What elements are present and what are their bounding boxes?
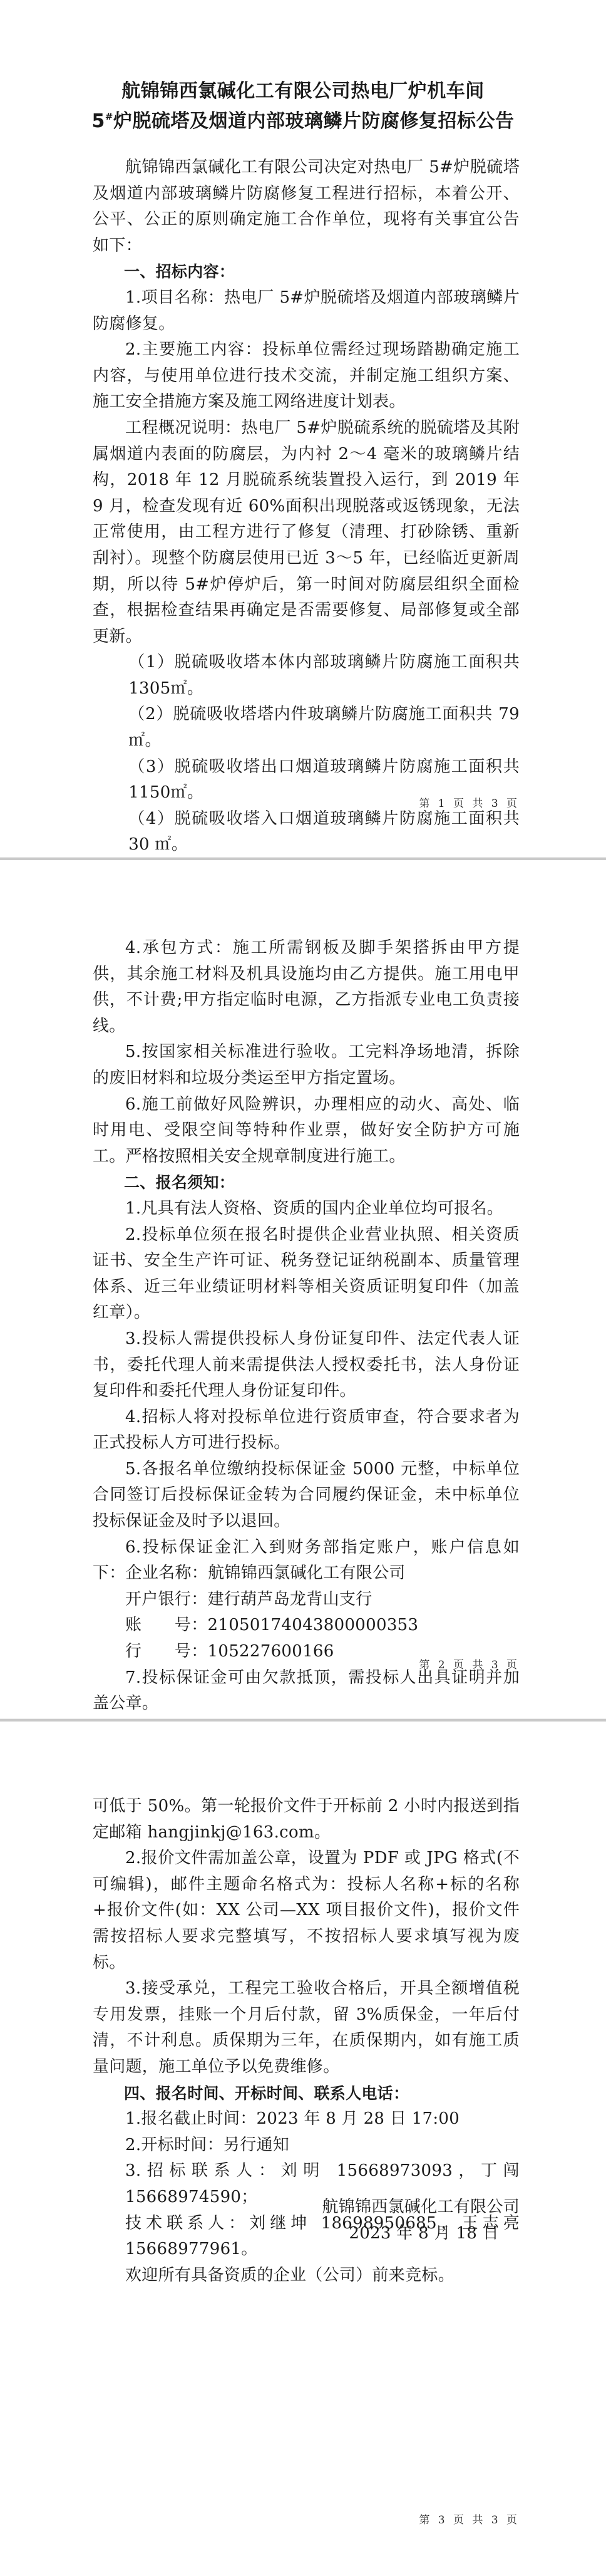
section-heading-bid-content: 一、招标内容： <box>93 259 520 285</box>
bid-method-item-2: 2.报价文件需加盖公章，设置为 PDF 或 JPG 格式(不可编辑)，邮件主题命… <box>93 1846 520 1976</box>
contract-method-item: 4.承包方式：施工所需钢板及脚手架搭拆由甲方提供，其余施工材料及机具设施均由乙方… <box>93 935 520 1039</box>
page-footer-1: 第 1 页 共 3 页 <box>419 794 520 810</box>
bank-label: 开户银行： <box>125 1590 208 1609</box>
safety-item: 6.施工前做好风险辨识，办理相应的动火、高处、临时用电、受限空间等特种作业票，做… <box>93 1092 520 1170</box>
page-footer-2: 第 2 页 共 3 页 <box>419 1656 520 1671</box>
page-2-body: 4.承包方式：施工所需钢板及脚手架搭拆由甲方提供，其余施工材料及机具设施均由乙方… <box>93 935 520 1718</box>
signature-company: 航锦锦西氯碱化工有限公司 <box>93 2194 520 2221</box>
section-heading-schedule-contacts: 四、报名时间、开标时间、联系人电话： <box>93 2080 520 2107</box>
registration-item-4: 4.招标人将对投标单位进行资质审查，符合要求者为正式投标人方可进行投标。 <box>93 1405 520 1457</box>
document-title-line-1: 航锦锦西氯碱化工有限公司热电厂炉机车间 <box>0 75 606 103</box>
bid-method-item-1-continued: 可低于 50%。第一轮报价文件于开标前 2 小时内报送到指定邮箱 hangjin… <box>93 1794 520 1846</box>
account-label: 账 号： <box>125 1616 208 1634</box>
area-item-4: （4）脱硫吸收塔入口烟道玻璃鳞片防腐施工面积共 30 ㎡。 <box>93 806 520 857</box>
document-page-1: 航锦锦西氯碱化工有限公司热电厂炉机车间 5#炉脱硫塔及烟道内部玻璃鳞片防腐修复招… <box>0 0 606 857</box>
bid-opening-time: 2.开标时间：另行通知 <box>93 2132 520 2159</box>
title-boiler-mark: # <box>105 111 113 122</box>
account-number-line: 账 号：21050174043800000353 <box>93 1613 520 1639</box>
title-boiler-number: 5 <box>92 110 105 132</box>
registration-item-3: 3.投标人需提供投标人身份证复印件、法定代表人证书，委托代理人前来需提供法人授权… <box>93 1326 520 1405</box>
registration-item-2: 2.投标单位须在报名时提供企业营业执照、相关资质证书、安全生产许可证、税务登记证… <box>93 1222 520 1326</box>
bank-code-label: 行 号： <box>125 1642 208 1661</box>
welcome-line: 欢迎所有具备资质的企业（公司）前来竞标。 <box>93 2263 520 2289</box>
area-item-2: （2）脱硫吸收塔塔内件玻璃鳞片防腐施工面积共 79 ㎡。 <box>93 702 520 754</box>
title-rest: 炉脱硫塔及烟道内部玻璃鳞片防腐修复招标公告 <box>113 110 515 132</box>
registration-item-6: 6.投标保证金汇入到财务部指定账户，账户信息如下：企业名称：航锦锦西氯碱化工有限… <box>93 1535 520 1587</box>
document-page-3: 可低于 50%。第一轮报价文件于开标前 2 小时内报送到指定邮箱 hangjin… <box>0 1722 606 2576</box>
bank-code-value: 105227600166 <box>208 1642 334 1661</box>
document-title-line-2: 5#炉脱硫塔及烟道内部玻璃鳞片防腐修复招标公告 <box>0 105 606 133</box>
signature-block: 航锦锦西氯碱化工有限公司 2023 年 8 月 18 日 <box>93 2194 520 2246</box>
registration-item-1: 1.凡具有法人资格、资质的国内企业单位均可报名。 <box>93 1196 520 1222</box>
registration-deadline: 1.报名截止时间：2023 年 8 月 28 日 17:00 <box>93 2106 520 2132</box>
acceptance-item: 5.按国家相关标准进行验收。工完料净场地清，拆除的废旧材料和垃圾分类运至甲方指定… <box>93 1039 520 1091</box>
area-item-1: （1）脱硫吸收塔本体内部玻璃鳞片防腐施工面积共 1305㎡。 <box>93 650 520 702</box>
project-name-item: 1.项目名称：热电厂 5#炉脱硫塔及烟道内部玻璃鳞片防腐修复。 <box>93 285 520 337</box>
section-heading-registration: 二、报名须知： <box>93 1170 520 1196</box>
page-1-body: 航锦锦西氯碱化工有限公司决定对热电厂 5#炉脱硫塔及烟道内部玻璃鳞片防腐修复工程… <box>93 155 520 857</box>
registration-item-7: 7.投标保证金可由欠款抵顶，需投标人出具证明并加盖公章。 <box>93 1665 520 1717</box>
signature-date: 2023 年 8 月 18 日 <box>93 2221 520 2247</box>
account-value: 21050174043800000353 <box>208 1616 419 1634</box>
bid-method-item-3: 3.接受承兑，工程完工验收合格后，开具全额增值税专用发票，挂账一个月后付款，留 … <box>93 1976 520 2080</box>
bank-name-line: 开户银行：建行葫芦岛龙背山支行 <box>93 1587 520 1613</box>
section-heading-bid-method: 三、招标方式、付款方式以及相关要求： <box>93 1717 520 1718</box>
project-overview: 工程概况说明：热电厂 5#炉脱硫系统的脱硫塔及其附属烟道内表面的防腐层，为内衬 … <box>93 415 520 650</box>
bank-value: 建行葫芦岛龙背山支行 <box>208 1590 372 1609</box>
page-footer-3: 第 3 页 共 3 页 <box>419 2511 520 2527</box>
main-work-item: 2.主要施工内容：投标单位需经过现场踏勘确定施工内容，与使用单位进行技术交流，并… <box>93 337 520 415</box>
intro-paragraph: 航锦锦西氯碱化工有限公司决定对热电厂 5#炉脱硫塔及烟道内部玻璃鳞片防腐修复工程… <box>93 155 520 259</box>
registration-item-5: 5.各报名单位缴纳投标保证金 5000 元整，中标单位合同签订后投标保证金转为合… <box>93 1457 520 1535</box>
document-page-2: 4.承包方式：施工所需钢板及脚手架搭拆由甲方提供，其余施工材料及机具设施均由乙方… <box>0 860 606 1718</box>
